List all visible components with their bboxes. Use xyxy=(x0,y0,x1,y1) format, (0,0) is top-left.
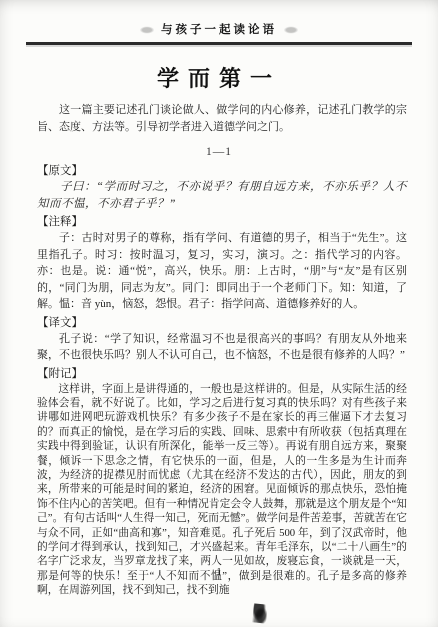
section-translation: 【译文】 孔子说：“学了知识，经常温习不也是很高兴的事吗？有朋友从外地来聚，不也… xyxy=(37,315,407,364)
page-number: 1 xyxy=(0,566,438,578)
chapter-title: 学而第一 xyxy=(0,62,438,93)
running-header-text: 与孩子一起读论语 xyxy=(161,24,277,36)
ink-smudge xyxy=(252,603,268,623)
section-label-annotations: 【注释】 xyxy=(37,214,407,230)
section-postscript: 【附记】 这样讲，字面上是讲得通的，一般也是这样讲的。但是，从实际生活的经验体会… xyxy=(37,366,407,598)
scan-smudge-right xyxy=(283,26,299,34)
verse-number: 1—1 xyxy=(0,146,438,158)
chapter-intro: 这一篇主要记述孔门谈论做人、做学问的内心修养，记述孔门教学的宗旨、态度、方法等。… xyxy=(37,102,407,136)
section-label-postscript: 【附记】 xyxy=(37,366,407,382)
section-text-original: 子曰：“学而时习之，不亦说乎？有朋自远方来，不亦乐乎？人不知而不愠，不亦君子乎？… xyxy=(37,179,407,212)
scan-smudge-left xyxy=(139,26,155,34)
header-rule xyxy=(26,42,412,45)
section-label-original: 【原文】 xyxy=(37,163,407,179)
section-text-annotations: 子：古时对男子的尊称，指有学问、有道德的男子，相当于“先生”。这里指孔子。时习：… xyxy=(37,230,407,313)
section-original: 【原文】 子曰：“学而时习之，不亦说乎？有朋自远方来，不亦乐乎？人不知而不愠，不… xyxy=(37,163,407,212)
section-annotations: 【注释】 子：古时对男子的尊称，指有学问、有道德的男子，相当于“先生”。这里指孔… xyxy=(37,214,407,313)
section-label-translation: 【译文】 xyxy=(37,315,407,331)
book-page-scan: 与孩子一起读论语 学而第一 这一篇主要记述孔门谈论做人、做学问的内心修养，记述孔… xyxy=(0,0,438,627)
section-text-translation: 孔子说：“学了知识，经常温习不也是很高兴的事吗？有朋友从外地来聚，不也很快乐吗？… xyxy=(37,331,407,364)
running-header: 与孩子一起读论语 xyxy=(0,0,438,37)
